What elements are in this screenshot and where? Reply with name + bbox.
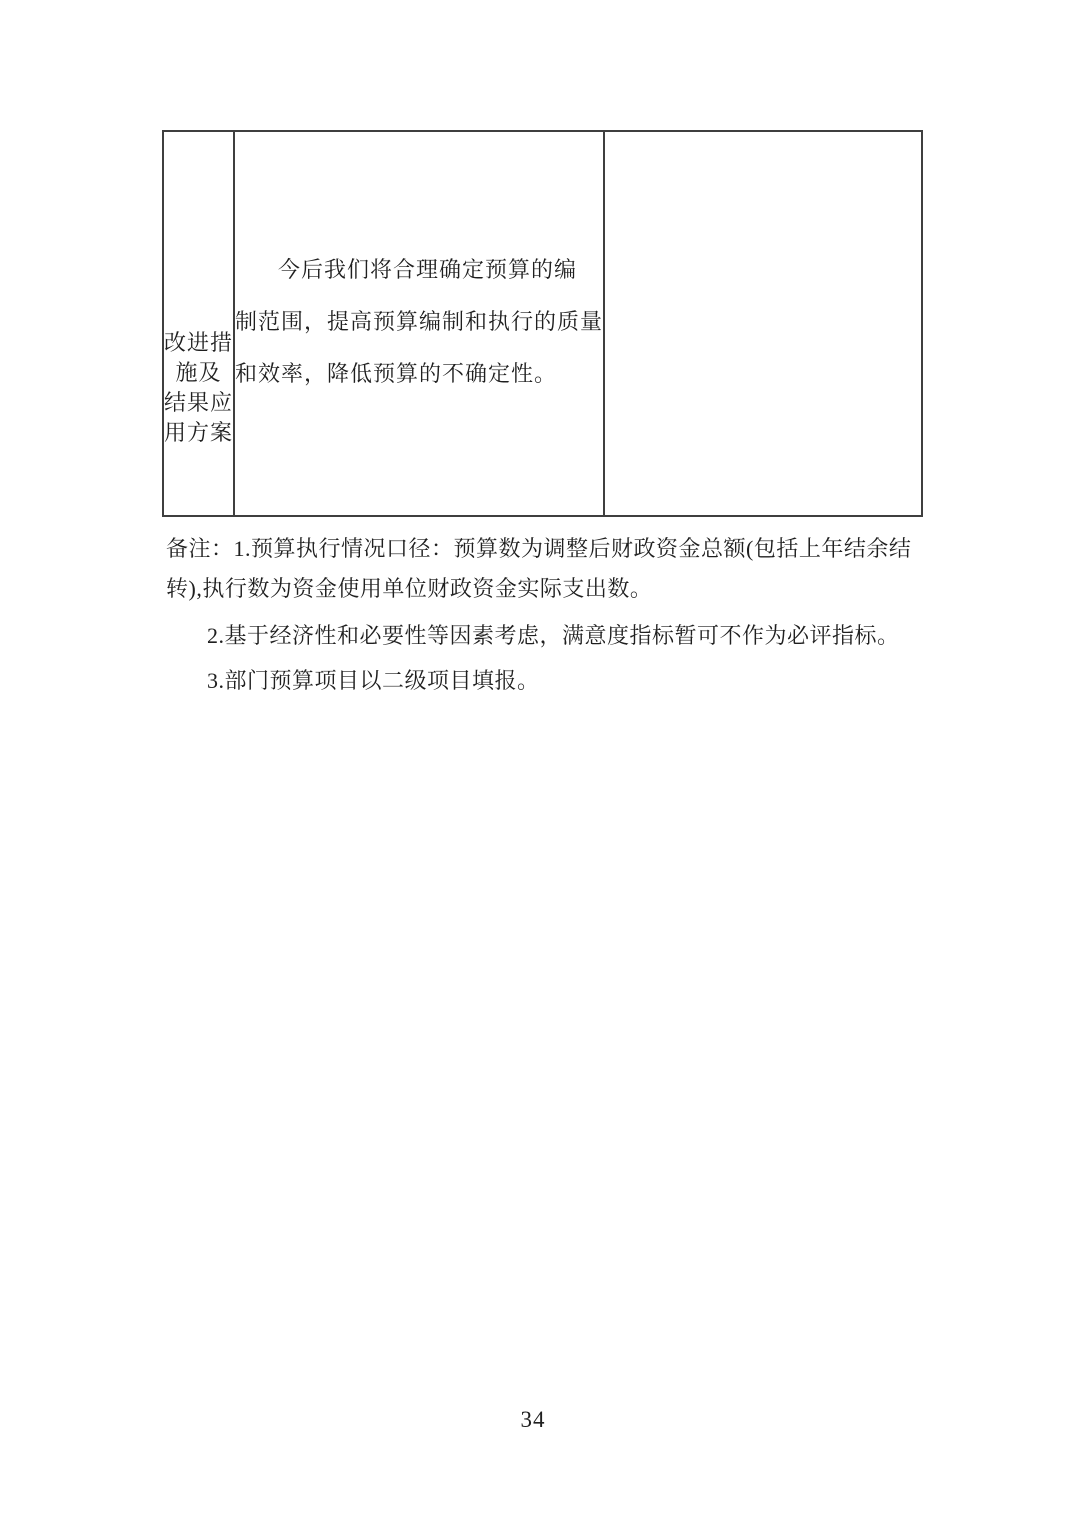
remark-note-2: 2.基于经济性和必要性等因素考虑，满意度指标暂可不作为必评指标。 [166, 616, 928, 656]
row-header-line: 用方案 [164, 418, 233, 448]
row-header-cell-improvement-measures: 改进措 施及 结果应 用方案 [164, 132, 235, 515]
page-number: 34 [0, 1406, 1066, 1434]
row-header-line: 改进措 [164, 328, 233, 358]
row-header-line: 结果应 [164, 388, 233, 418]
improvement-measures-table: 改进措 施及 结果应 用方案 今后我们将合理确定预算的编 制范围，提高预算编制和… [162, 130, 923, 517]
measures-text-cell: 今后我们将合理确定预算的编 制范围，提高预算编制和执行的质量 和效率，降低预算的… [235, 132, 605, 515]
remarks-section: 备注：1.预算执行情况口径：预算数为调整后财政资金总额(包括上年结余结 转),执… [166, 529, 928, 701]
document-page: 改进措 施及 结果应 用方案 今后我们将合理确定预算的编 制范围，提高预算编制和… [0, 0, 1074, 1520]
empty-cell [605, 132, 921, 515]
measures-text-line: 今后我们将合理确定预算的编 [235, 244, 603, 296]
remark-note-1: 备注：1.预算执行情况口径：预算数为调整后财政资金总额(包括上年结余结 转),执… [166, 529, 928, 609]
remark-note-3: 3.部门预算项目以二级项目填报。 [166, 661, 928, 701]
remark-note-1-line: 转),执行数为资金使用单位财政资金实际支出数。 [166, 569, 928, 609]
measures-text-line: 和效率，降低预算的不确定性。 [235, 348, 603, 400]
remark-note-1-line: 备注：1.预算执行情况口径：预算数为调整后财政资金总额(包括上年结余结 [166, 529, 928, 569]
row-header-line: 施及 [164, 358, 233, 388]
measures-text-line: 制范围，提高预算编制和执行的质量 [235, 296, 603, 348]
